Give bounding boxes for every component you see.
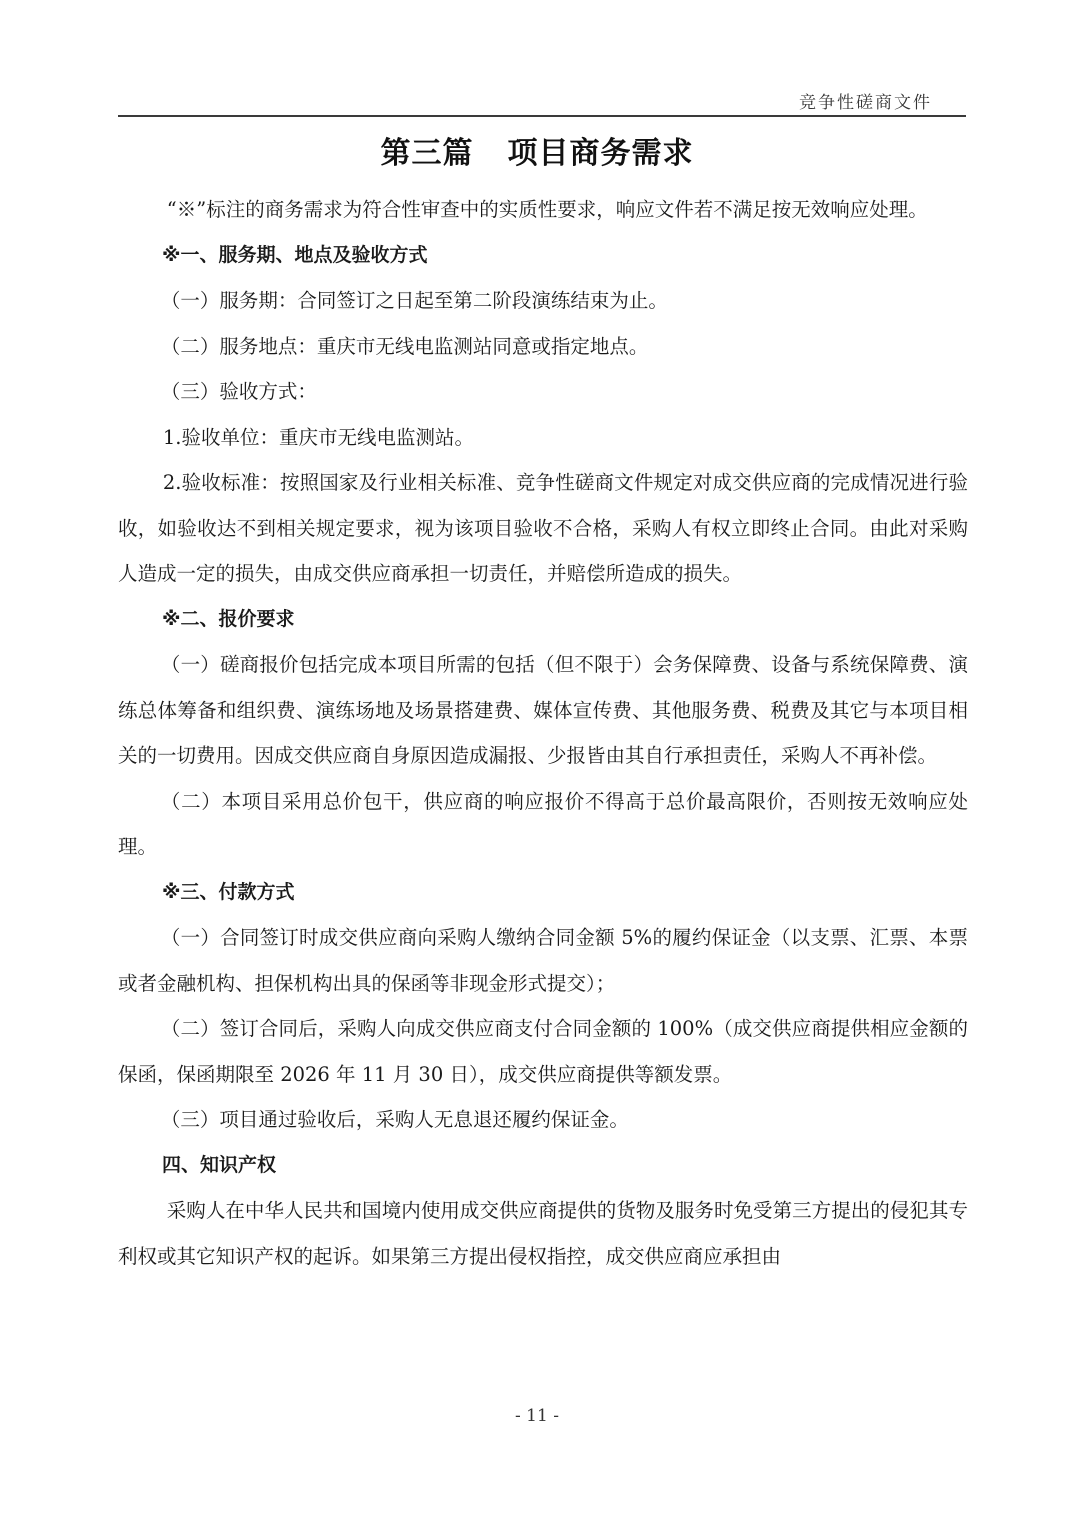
section-item: 1.验收单位：重庆市无线电监测站。 [118,415,968,461]
running-header-title: 竞争性磋商文件 [799,88,932,113]
page-title-part: 第三篇 [381,136,474,171]
section-heading: ※三、付款方式 [118,870,968,916]
section-item: 采购人在中华人民共和国境内使用成交供应商提供的货物及服务时免受第三方提出的侵犯其… [118,1188,968,1279]
section-item: （三）项目通过验收后，采购人无息退还履约保证金。 [118,1097,968,1143]
header-rule [118,115,966,117]
section-heading: ※二、报价要求 [118,597,968,643]
page-number: - 11 - [0,1406,1074,1426]
section-item: （三）验收方式： [118,369,968,415]
intro-paragraph: “※”标注的商务需求为符合性审查中的实质性要求，响应文件若不满足按无效响应处理。 [118,187,968,233]
section-heading: 四、知识产权 [118,1143,968,1189]
page-title-name: 项目商务需求 [508,136,694,171]
section-item: （一）服务期：合同签订之日起至第二阶段演练结束为止。 [118,278,968,324]
document-body: “※”标注的商务需求为符合性审查中的实质性要求，响应文件若不满足按无效响应处理。… [118,187,968,1279]
section-item: （二）签订合同后，采购人向成交供应商支付合同金额的 100%（成交供应商提供相应… [118,1006,968,1097]
section-item: （一）磋商报价包括完成本项目所需的包括（但不限于）会务保障费、设备与系统保障费、… [118,642,968,779]
section-heading: ※一、服务期、地点及验收方式 [118,233,968,279]
intro-line-1: “※”标注的商务需求为符合性审查中的实质性要求，响应文件若不满足按无效响应 [167,198,869,221]
page-title: 第三篇项目商务需求 [0,128,1074,172]
section-item: 2.验收标准：按照国家及行业相关标准、竞争性磋商文件规定对成交供应商的完成情况进… [118,460,968,597]
section-item: （二）服务地点：重庆市无线电监测站同意或指定地点。 [118,324,968,370]
section-item: （二）本项目采用总价包干，供应商的响应报价不得高于总价最高限价，否则按无效响应处… [118,779,968,870]
intro-line-2: 处理。 [869,198,928,221]
section-item: （一）合同签订时成交供应商向采购人缴纳合同金额 5%的履约保证金（以支票、汇票、… [118,915,968,1006]
